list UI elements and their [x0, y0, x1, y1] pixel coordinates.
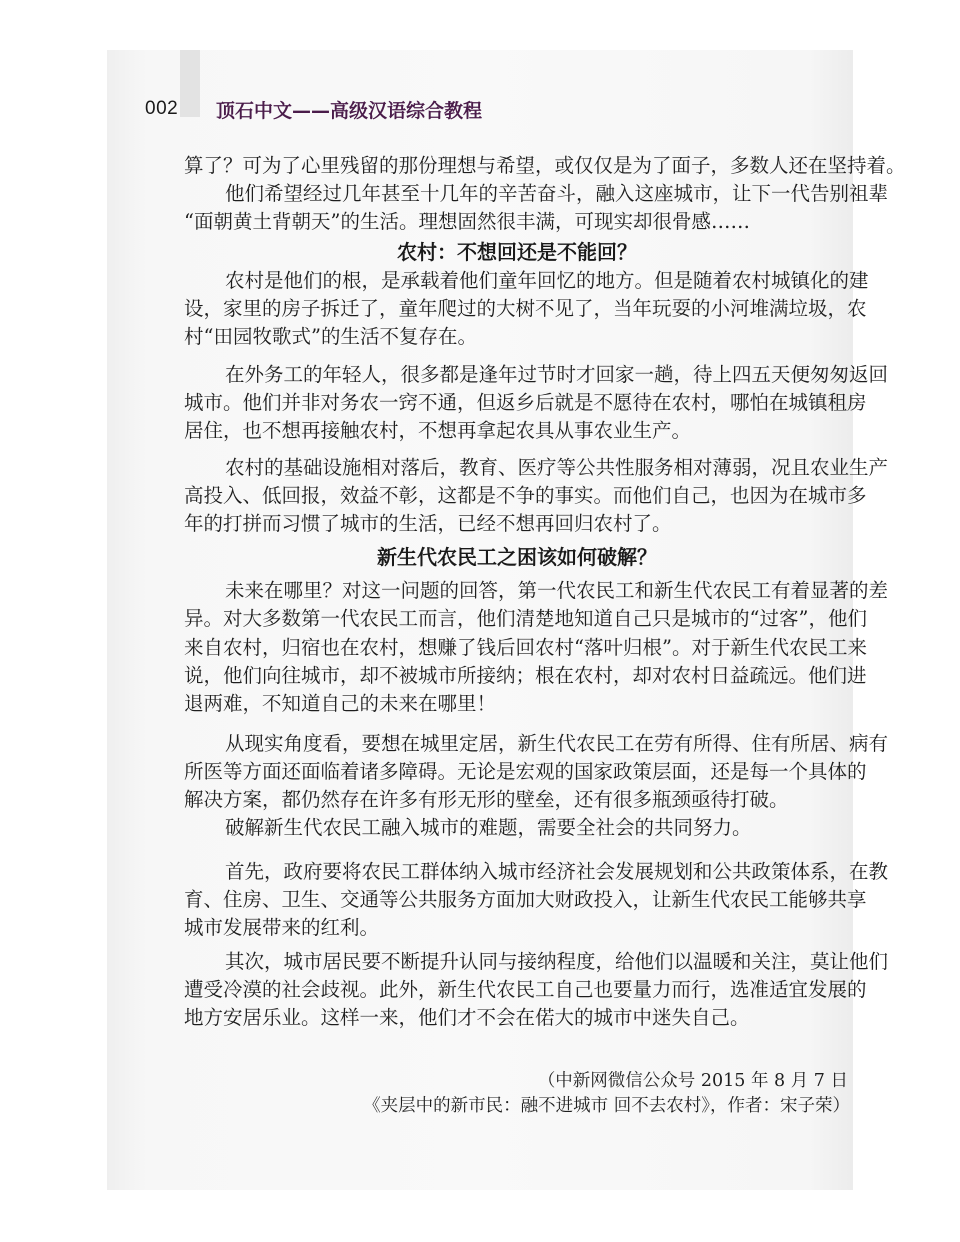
running-head-book-title: 顶石中文——高级汉语综合教程 — [216, 96, 482, 123]
body-line: 城市发展带来的红利。 — [184, 914, 850, 942]
section-heading-rural: 农村：不想回还是不能回？ — [184, 238, 850, 266]
body-line: 首先，政府要将农民工群体纳入城市经济社会发展规划和公共政策体系，在教 — [225, 858, 850, 886]
body-line: 地方安居乐业。这样一来，他们才不会在偌大的城市中迷失自己。 — [184, 1004, 850, 1032]
body-line: 他们希望经过几年甚至十几年的辛苦奋斗，融入这座城市，让下一代告别祖辈 — [225, 180, 850, 208]
body-line: 设，家里的房子拆迁了，童年爬过的大树不见了，当年玩耍的小河堆满垃圾，农 — [184, 295, 850, 323]
body-line: 育、住房、卫生、交通等公共服务方面加大财政投入，让新生代农民工能够共享 — [184, 886, 850, 914]
body-line: 从现实角度看，要想在城里定居，新生代农民工在劳有所得、住有所居、病有 — [225, 730, 850, 758]
body-line: 未来在哪里？对这一问题的回答，第一代农民工和新生代农民工有着显著的差 — [225, 577, 850, 605]
body-line: 来自农村，归宿也在农村，想赚了钱后回农村“落叶归根”。对于新生代农民工来 — [184, 634, 850, 662]
body-line: 所医等方面还面临着诸多障碍。无论是宏观的国家政策层面，还是每一个具体的 — [184, 758, 850, 786]
body-line: 居住，也不想再接触农村，不想再拿起农具从事农业生产。 — [184, 417, 850, 445]
source-citation-line2: 《夹层中的新市民：融不进城市 回不去农村》，作者：宋子荣） — [363, 1093, 850, 1119]
body-line: 其次，城市居民要不断提升认同与接纳程度，给他们以温暖和关注，莫让他们 — [225, 948, 850, 976]
body-line: 遭受冷漠的社会歧视。此外，新生代农民工自己也要量力而行，选准适宜发展的 — [184, 976, 850, 1004]
section-heading-new-generation: 新生代农民工之困该如何破解？ — [184, 543, 850, 571]
page-tab-marker — [180, 50, 200, 117]
body-line: 在外务工的年轻人，很多都是逢年过节时才回家一趟，待上四五天便匆匆返回 — [225, 361, 850, 389]
body-line: 村“田园牧歌式”的生活不复存在。 — [184, 323, 850, 351]
source-citation-line1: （中新网微信公众号 2015 年 8 月 7 日 — [538, 1068, 848, 1094]
body-line: 异。对大多数第一代农民工而言，他们清楚地知道自己只是城市的“过客”，他们 — [184, 605, 850, 633]
body-line: 解决方案，都仍然存在许多有形无形的壁垒，还有很多瓶颈亟待打破。 — [184, 786, 850, 814]
body-line: 破解新生代农民工融入城市的难题，需要全社会的共同努力。 — [225, 814, 850, 842]
page-number: 002 — [145, 98, 178, 120]
body-line: 城市。他们并非对务农一窍不通，但返乡后就是不愿待在农村，哪怕在城镇租房 — [184, 389, 850, 417]
body-line: 高投入、低回报，效益不彰，这都是不争的事实。而他们自己，也因为在城市多 — [184, 482, 850, 510]
body-line: “面朝黄土背朝天”的生活。理想固然很丰满，可现实却很骨感…… — [184, 208, 850, 236]
body-line: 算了？可为了心里残留的那份理想与希望，或仅仅是为了面子，多数人还在坚持着。 — [184, 152, 850, 180]
body-line: 农村的基础设施相对落后，教育、医疗等公共性服务相对薄弱，况且农业生产 — [225, 454, 850, 482]
body-line: 年的打拼而习惯了城市的生活，已经不想再回归农村了。 — [184, 510, 850, 538]
body-line: 退两难，不知道自己的未来在哪里！ — [184, 690, 850, 718]
body-line: 农村是他们的根，是承载着他们童年回忆的地方。但是随着农村城镇化的建 — [225, 267, 850, 295]
body-line: 说，他们向往城市，却不被城市所接纳；根在农村，却对农村日益疏远。他们进 — [184, 662, 850, 690]
